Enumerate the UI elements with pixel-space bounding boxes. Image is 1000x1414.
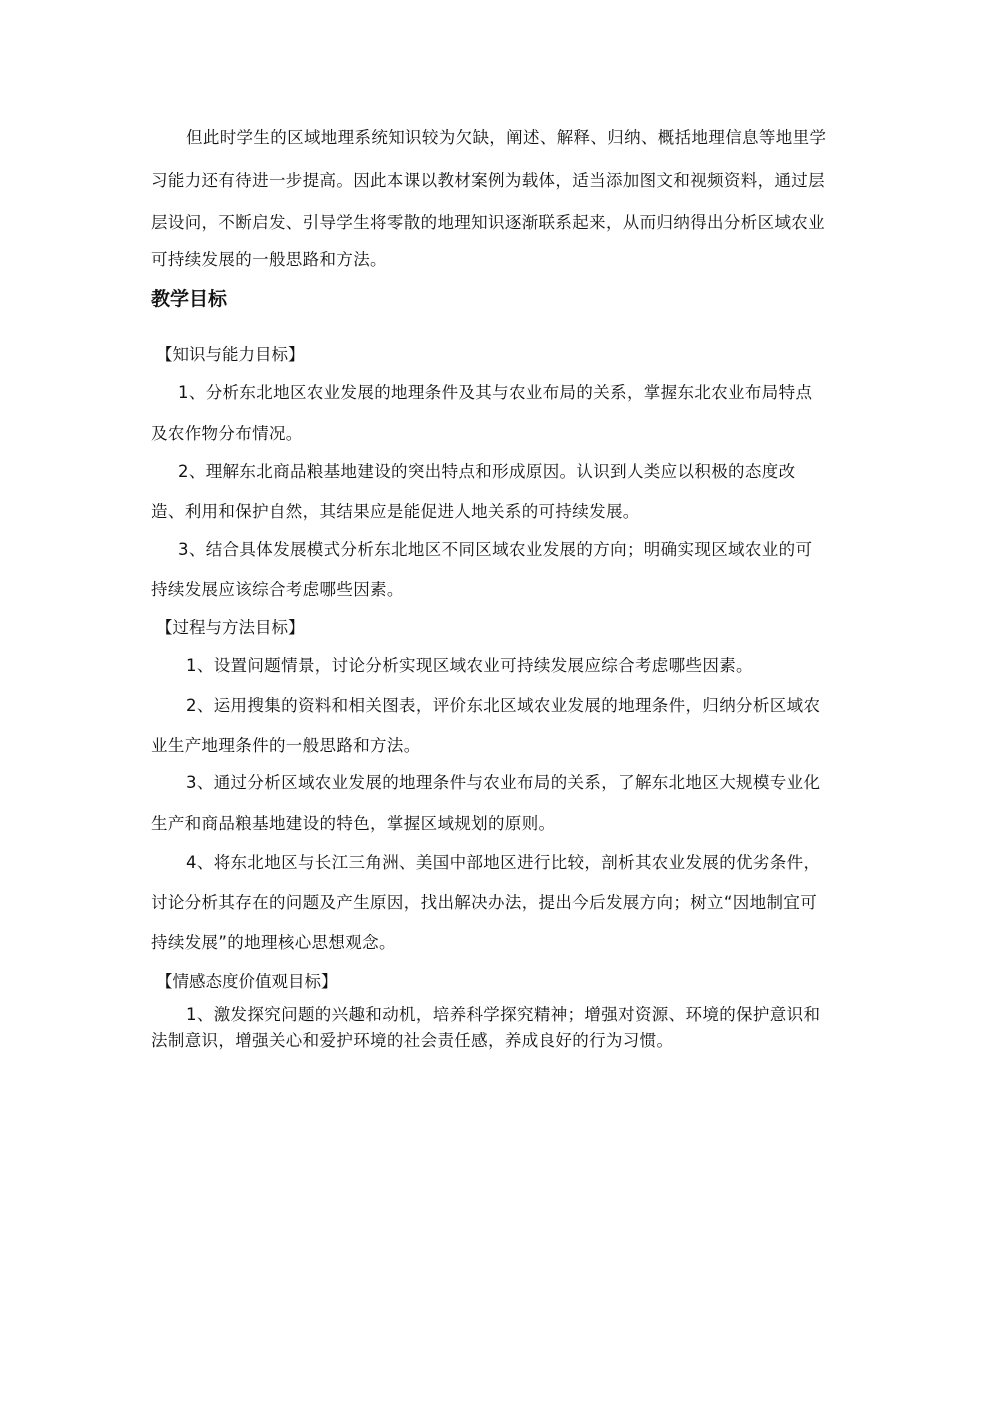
knowledge-item-3-line-1: 3、结合具体发展模式分析东北地区不同区域农业发展的方向；明确实现区域农业的可 [178,540,878,560]
teaching-objectives-heading: 教学目标 [151,287,227,311]
knowledge-item-2-line-1: 2、理解东北商品粮基地建设的突出特点和形成原因。认识到人类应以积极的态度改 [178,462,878,482]
section-title-knowledge: 【知识与能力目标】 [156,345,305,365]
process-item-2-line-1: 2、运用搜集的资料和相关图表，评价东北区域农业发展的地理条件，归纳分析区域农 [186,696,886,716]
affective-item-1-line-1: 1、激发探究问题的兴趣和动机，培养科学探究精神；增强对资源、环境的保护意识和 [186,1005,886,1025]
section-title-affective: 【情感态度价值观目标】 [156,972,338,992]
knowledge-item-2-line-2: 造、利用和保护自然，其结果应是能促进人地关系的可持续发展。 [151,502,851,522]
intro-line-3: 层设问，不断启发、引导学生将零散的地理知识逐渐联系起来，从而归纳得出分析区域农业 [151,213,851,233]
knowledge-item-3-line-2: 持续发展应该综合考虑哪些因素。 [151,580,851,600]
knowledge-item-1-line-2: 及农作物分布情况。 [151,424,851,444]
process-item-2-line-2: 业生产地理条件的一般思路和方法。 [151,736,851,756]
process-item-4-line-1: 4、将东北地区与长江三角洲、美国中部地区进行比较，剖析其农业发展的优劣条件， [186,853,886,873]
document-page: 但此时学生的区域地理系统知识较为欠缺，阐述、解释、归纳、概括地理信息等地里学 习… [0,0,1000,1414]
intro-line-1: 但此时学生的区域地理系统知识较为欠缺，阐述、解释、归纳、概括地理信息等地里学 [186,128,886,148]
intro-line-2: 习能力还有待进一步提高。因此本课以教材案例为载体，适当添加图文和视频资料，通过层 [151,171,851,191]
intro-line-4: 可持续发展的一般思路和方法。 [151,250,851,270]
process-item-1-line-1: 1、设置问题情景，讨论分析实现区域农业可持续发展应综合考虑哪些因素。 [186,656,886,676]
section-title-process: 【过程与方法目标】 [156,618,305,638]
process-item-3-line-2: 生产和商品粮基地建设的特色，掌握区域规划的原则。 [151,814,851,834]
knowledge-item-1-line-1: 1、分析东北地区农业发展的地理条件及其与农业布局的关系，掌握东北农业布局特点 [178,383,878,403]
process-item-4-line-3: 持续发展”的地理核心思想观念。 [151,933,851,953]
affective-item-1-line-2: 法制意识，增强关心和爱护环境的社会责任感，养成良好的行为习惯。 [151,1031,851,1051]
process-item-4-line-2: 讨论分析其存在的问题及产生原因，找出解决办法，提出今后发展方向；树立“因地制宜可 [151,893,851,913]
process-item-3-line-1: 3、通过分析区域农业发展的地理条件与农业布局的关系，了解东北地区大规模专业化 [186,773,886,793]
